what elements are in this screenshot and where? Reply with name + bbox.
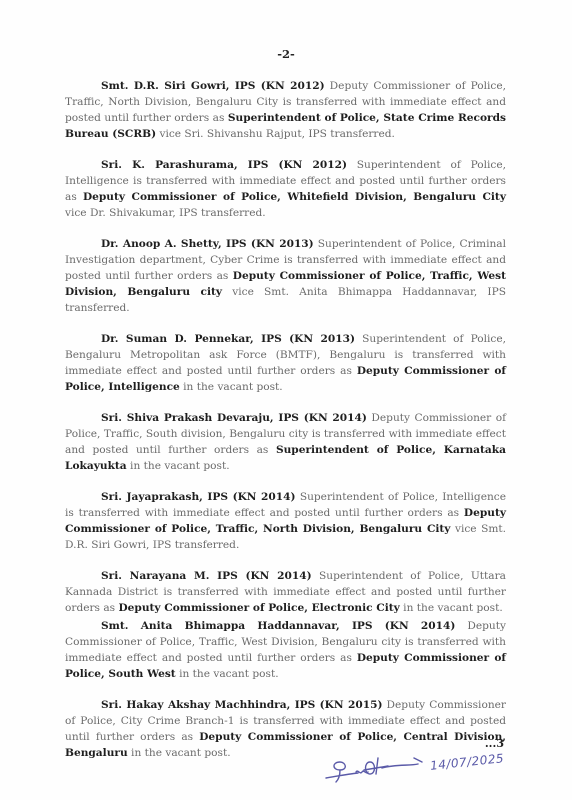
- page-number: -2-: [0, 47, 572, 61]
- body-text: in the vacant post.: [127, 460, 230, 472]
- transfer-paragraph: Smt. D.R. Siri Gowri, IPS (KN 2012) Depu…: [65, 78, 506, 142]
- continuation-marker: ...3: [485, 737, 504, 750]
- body-text: in the vacant post.: [400, 602, 503, 614]
- bold-text: Sri. Shiva Prakash Devaraju, IPS (KN 201…: [101, 412, 367, 424]
- bold-text: Smt. Anita Bhimappa Haddannavar, IPS (KN…: [101, 620, 455, 632]
- body-text: in the vacant post.: [128, 747, 231, 759]
- transfer-paragraph: Smt. Anita Bhimappa Haddannavar, IPS (KN…: [65, 618, 506, 682]
- transfer-paragraph: Dr. Anoop A. Shetty, IPS (KN 2013) Super…: [65, 236, 506, 316]
- bold-text: Sri. K. Parashurama, IPS (KN 2012): [101, 159, 347, 171]
- bold-text: Dr. Anoop A. Shetty, IPS (KN 2013): [101, 238, 314, 250]
- bold-text: Dr. Suman D. Pennekar, IPS (KN 2013): [101, 333, 355, 345]
- bold-text: Smt. D.R. Siri Gowri, IPS (KN 2012): [101, 80, 325, 92]
- transfer-paragraph: Dr. Suman D. Pennekar, IPS (KN 2013) Sup…: [65, 331, 506, 395]
- body-text: vice Dr. Shivakumar, IPS transferred.: [65, 207, 266, 219]
- bold-text: Sri. Hakay Akshay Machhindra, IPS (KN 20…: [101, 699, 382, 711]
- body-text: vice Sri. Shivanshu Rajput, IPS transfer…: [156, 128, 395, 140]
- transfer-paragraph: Sri. Shiva Prakash Devaraju, IPS (KN 201…: [65, 410, 506, 474]
- bold-text: Deputy Commissioner of Police, Electroni…: [118, 602, 399, 614]
- bold-text: Sri. Narayana M. IPS (KN 2014): [101, 570, 312, 582]
- transfer-paragraph: Sri. Jayaprakash, IPS (KN 2014) Superint…: [65, 489, 506, 553]
- bold-text: Sri. Jayaprakash, IPS (KN 2014): [101, 491, 296, 503]
- document-page: -2- Smt. D.R. Siri Gowri, IPS (KN 2012) …: [0, 0, 572, 800]
- body-text: in the vacant post.: [180, 381, 283, 393]
- transfer-paragraph: Sri. K. Parashurama, IPS (KN 2012) Super…: [65, 157, 506, 221]
- transfer-order-body: Smt. D.R. Siri Gowri, IPS (KN 2012) Depu…: [65, 78, 506, 776]
- transfer-paragraph: Sri. Narayana M. IPS (KN 2014) Superinte…: [65, 568, 506, 616]
- body-text: in the vacant post.: [176, 668, 279, 680]
- bold-text: Deputy Commissioner of Police, Whitefiel…: [83, 191, 506, 203]
